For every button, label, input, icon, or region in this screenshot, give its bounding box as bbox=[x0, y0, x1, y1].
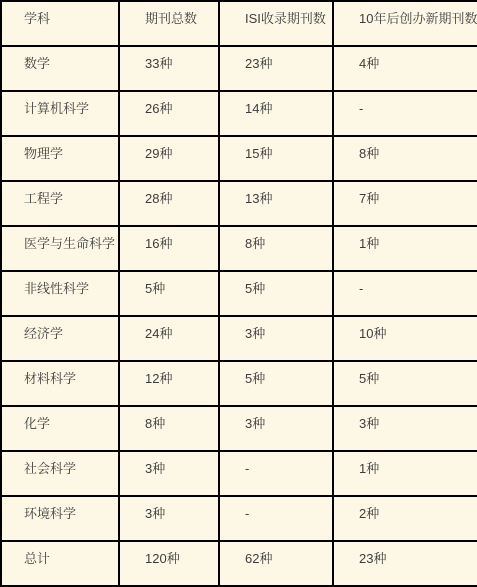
value-cell: 62种 bbox=[219, 541, 333, 586]
value-cell: 3种 bbox=[119, 451, 219, 496]
table-row: 非线性科学5种5种- bbox=[1, 271, 477, 316]
table-row: 材料科学12种5种5种 bbox=[1, 361, 477, 406]
header-row: 学科期刊总数ISI收录期刊数10年后创办新期刊数 bbox=[1, 1, 477, 46]
value-cell: 4种 bbox=[333, 46, 477, 91]
subject-cell: 计算机科学 bbox=[1, 91, 119, 136]
value-cell: 8种 bbox=[333, 136, 477, 181]
subject-cell: 社会科学 bbox=[1, 451, 119, 496]
value-cell: 5种 bbox=[333, 361, 477, 406]
value-cell: 5种 bbox=[219, 271, 333, 316]
value-cell: 13种 bbox=[219, 181, 333, 226]
subject-cell: 医学与生命科学 bbox=[1, 226, 119, 271]
value-cell: 23种 bbox=[333, 541, 477, 586]
journal-statistics-table: 学科期刊总数ISI收录期刊数10年后创办新期刊数 数学33种23种4种计算机科学… bbox=[0, 0, 477, 587]
table-row: 数学33种23种4种 bbox=[1, 46, 477, 91]
value-cell: 3种 bbox=[333, 406, 477, 451]
subject-cell: 非线性科学 bbox=[1, 271, 119, 316]
value-cell: 120种 bbox=[119, 541, 219, 586]
value-cell: 5种 bbox=[219, 361, 333, 406]
value-cell: - bbox=[219, 451, 333, 496]
table-row: 计算机科学26种14种- bbox=[1, 91, 477, 136]
column-header: ISI收录期刊数 bbox=[219, 1, 333, 46]
subject-cell: 物理学 bbox=[1, 136, 119, 181]
column-header: 期刊总数 bbox=[119, 1, 219, 46]
value-cell: - bbox=[333, 271, 477, 316]
column-header: 学科 bbox=[1, 1, 119, 46]
value-cell: 10种 bbox=[333, 316, 477, 361]
subject-cell: 数学 bbox=[1, 46, 119, 91]
value-cell: 1种 bbox=[333, 451, 477, 496]
value-cell: 28种 bbox=[119, 181, 219, 226]
value-cell: 3种 bbox=[119, 496, 219, 541]
value-cell: 33种 bbox=[119, 46, 219, 91]
table-row: 经济学24种3种10种 bbox=[1, 316, 477, 361]
value-cell: 15种 bbox=[219, 136, 333, 181]
value-cell: - bbox=[333, 91, 477, 136]
subject-cell: 材料科学 bbox=[1, 361, 119, 406]
subject-cell: 环境科学 bbox=[1, 496, 119, 541]
table-row: 医学与生命科学16种8种1种 bbox=[1, 226, 477, 271]
value-cell: 29种 bbox=[119, 136, 219, 181]
value-cell: 24种 bbox=[119, 316, 219, 361]
value-cell: 7种 bbox=[333, 181, 477, 226]
table-row: 物理学29种15种8种 bbox=[1, 136, 477, 181]
value-cell: 3种 bbox=[219, 316, 333, 361]
subject-cell: 化学 bbox=[1, 406, 119, 451]
table-body: 数学33种23种4种计算机科学26种14种-物理学29种15种8种工程学28种1… bbox=[1, 46, 477, 586]
subject-cell: 经济学 bbox=[1, 316, 119, 361]
table-row: 化学8种3种3种 bbox=[1, 406, 477, 451]
value-cell: 16种 bbox=[119, 226, 219, 271]
value-cell: 3种 bbox=[219, 406, 333, 451]
table-row: 总计120种62种23种 bbox=[1, 541, 477, 586]
value-cell: 2种 bbox=[333, 496, 477, 541]
value-cell: 26种 bbox=[119, 91, 219, 136]
value-cell: 8种 bbox=[219, 226, 333, 271]
subject-cell: 工程学 bbox=[1, 181, 119, 226]
value-cell: - bbox=[219, 496, 333, 541]
value-cell: 14种 bbox=[219, 91, 333, 136]
value-cell: 5种 bbox=[119, 271, 219, 316]
table-row: 工程学28种13种7种 bbox=[1, 181, 477, 226]
subject-cell: 总计 bbox=[1, 541, 119, 586]
value-cell: 1种 bbox=[333, 226, 477, 271]
table-row: 环境科学3种-2种 bbox=[1, 496, 477, 541]
value-cell: 12种 bbox=[119, 361, 219, 406]
value-cell: 8种 bbox=[119, 406, 219, 451]
value-cell: 23种 bbox=[219, 46, 333, 91]
table-row: 社会科学3种-1种 bbox=[1, 451, 477, 496]
column-header: 10年后创办新期刊数 bbox=[333, 1, 477, 46]
